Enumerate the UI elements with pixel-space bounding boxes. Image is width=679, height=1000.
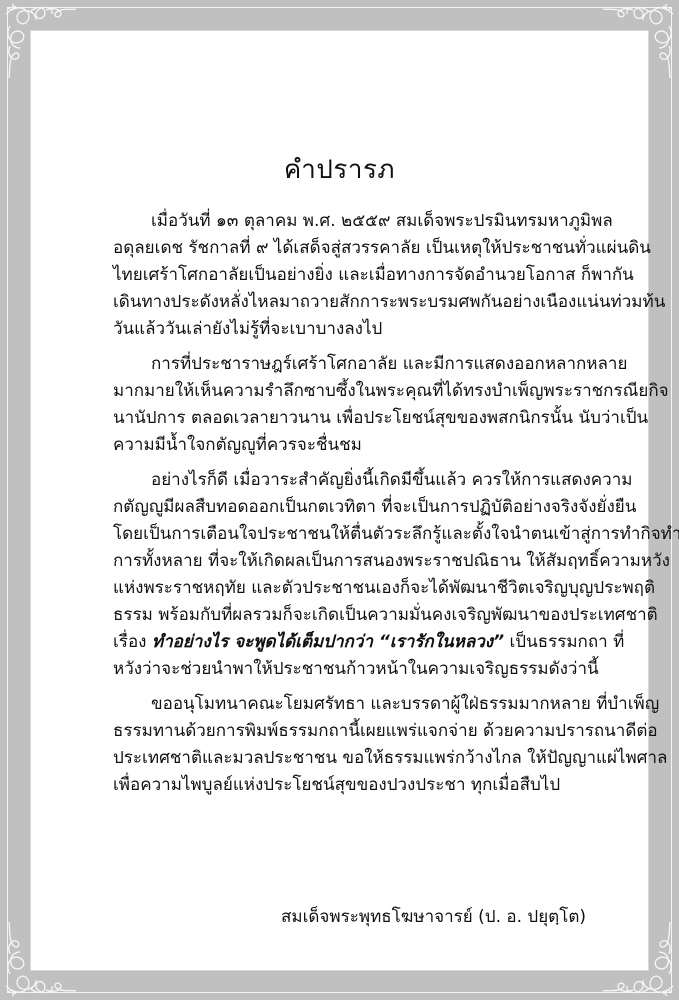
text-line: ขออนุโมทนาคณะโยมศรัทธา และบรรดาผู้ใฝ่ธรร…	[113, 691, 598, 718]
subject-prefix: เรื่อง	[113, 632, 152, 652]
text-line: เมื่อวันที่ ๑๓ ตุลาคม พ.ศ. ๒๕๕๙ สมเด็จพร…	[113, 208, 598, 235]
text-line: เดินทางประดังหลั่งไหลมาถวายสักการะพระบรม…	[113, 289, 598, 316]
text-line: อดุลยเดช รัชกาลที่ ๙ ได้เสด็จสู่สวรรคาลั…	[113, 235, 598, 262]
text-line: การที่ประชาราษฎร์เศร้าโศกอาลัย และมีการแ…	[113, 351, 598, 378]
document-page: คำปรารภ เมื่อวันที่ ๑๓ ตุลาคม พ.ศ. ๒๕๕๙ …	[30, 30, 649, 971]
subject-line: เรื่อง ทำอย่างไร จะพูดได้เต็มปากว่า “เรา…	[113, 629, 598, 656]
text-line: เพื่อความไพบูลย์แห่งประโยชน์สุขของปวงประ…	[113, 772, 598, 799]
paragraph-3: อย่างไรก็ดี เมื่อวาระสำคัญยิ่งนี้เกิดมีข…	[113, 467, 598, 683]
text-line: หวังว่าจะช่วยนำพาให้ประชาชนก้าวหน้าในควา…	[113, 656, 598, 683]
text-line: ไทยเศร้าโศกอาลัยเป็นอย่างยิ่ง และเมื่อทา…	[113, 262, 598, 289]
text-line: วันแล้ววันเล่ายังไม่รู้ที่จะเบาบางลงไป	[113, 316, 598, 343]
author-signature: สมเด็จพระพุทธโฆษาจารย์ (ป. อ. ปยุตฺโต)	[281, 903, 586, 930]
paragraph-4: ขออนุโมทนาคณะโยมศรัทธา และบรรดาผู้ใฝ่ธรร…	[113, 691, 598, 799]
document-body: เมื่อวันที่ ๑๓ ตุลาคม พ.ศ. ๒๕๕๙ สมเด็จพร…	[113, 208, 598, 799]
document-title: คำปรารภ	[31, 149, 648, 190]
paragraph-1: เมื่อวันที่ ๑๓ ตุลาคม พ.ศ. ๒๕๕๙ สมเด็จพร…	[113, 208, 598, 343]
sermon-title: ทำอย่างไร จะพูดได้เต็มปากว่า “เรารักในหล…	[152, 632, 504, 652]
text-line: โดยเป็นการเตือนใจประชาชนให้ตื่นตัวระลึกร…	[113, 521, 598, 548]
text-line: ธรรม พร้อมกับที่ผลรวมก็จะเกิดเป็นความมั่…	[113, 602, 598, 629]
text-line: อย่างไรก็ดี เมื่อวาระสำคัญยิ่งนี้เกิดมีข…	[113, 467, 598, 494]
subject-suffix: เป็นธรรมกถา ที่	[504, 632, 624, 652]
text-line: ธรรมทานด้วยการพิมพ์ธรรมกถานี้เผยแพร่แจกจ…	[113, 718, 598, 745]
text-line: นานัปการ ตลอดเวลายาวนาน เพื่อประโยชน์สุข…	[113, 405, 598, 432]
text-line: กตัญญูมีผลสืบทอดออกเป็นกตเวทิตา ที่จะเป็…	[113, 494, 598, 521]
text-line: มากมายให้เห็นความรำลึกซาบซึ้งในพระคุณที่…	[113, 378, 598, 405]
text-line: ความมีน้ำใจกตัญญูที่ควรจะชื่นชม	[113, 432, 598, 459]
text-line: แห่งพระราชหฤทัย และตัวประชาชนเองก็จะได้พ…	[113, 575, 598, 602]
text-line: การทั้งหลาย ที่จะให้เกิดผลเป็นการสนองพระ…	[113, 548, 598, 575]
text-line: ประเทศชาติและมวลประชาชน ขอให้ธรรมแพร่กว้…	[113, 745, 598, 772]
paragraph-2: การที่ประชาราษฎร์เศร้าโศกอาลัย และมีการแ…	[113, 351, 598, 459]
